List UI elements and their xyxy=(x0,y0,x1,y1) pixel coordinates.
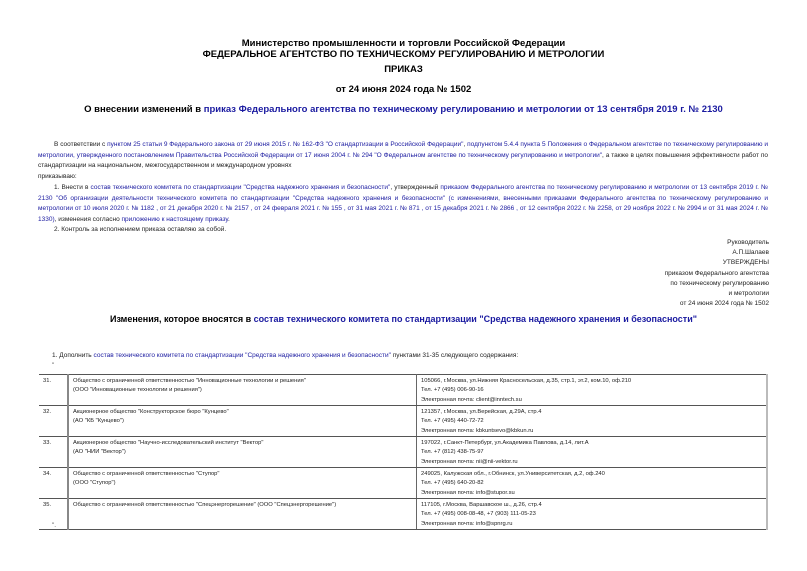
table-row: 34.Общество с ограниченной ответственнос… xyxy=(39,468,767,499)
doc-type: ПРИКАЗ xyxy=(0,64,807,75)
approved-date: от 24 июня 2024 года № 1502 xyxy=(665,299,769,309)
amended-order-link[interactable]: приказ Федерального агентства по техниче… xyxy=(204,104,723,115)
table-row: 32.Акционерное общество "Конструкторское… xyxy=(39,406,767,437)
org-short-name: (ООО "Инновационные технологии и решения… xyxy=(73,386,412,395)
organization-name: Акционерное общество "Конструкторское бю… xyxy=(68,406,417,437)
quote-close: ". xyxy=(52,522,56,529)
org-short-name: (АО "КБ "Кунцево") xyxy=(73,417,412,426)
point-text: пунктами 31-35 следующего содержания: xyxy=(391,352,518,359)
org-phone: Тел. +7 (495) 008-08-48, +7 (903) 111-05… xyxy=(421,510,762,519)
committee-composition-link[interactable]: состав технического комитета по стандарт… xyxy=(254,314,697,324)
org-full-name: Акционерное общество "Конструкторское бю… xyxy=(73,408,412,417)
organization-contacts: 197022, г.Санкт-Петербург, ул.Академика … xyxy=(417,437,768,468)
organization-name: Общество с ограниченной ответственностью… xyxy=(68,499,417,530)
org-email: Электронная почта: kbkuntsevo@kbkun.ru xyxy=(421,427,762,436)
table-row: 35.Общество с ограниченной ответственнос… xyxy=(39,499,767,530)
table-row: 31.Общество с ограниченной ответственнос… xyxy=(39,375,767,406)
org-short-name: (АО "НИИ "Вектор") xyxy=(73,448,412,457)
preamble: В соответствии с пунктом 25 статьи 9 Фед… xyxy=(38,140,768,182)
org-short-name: (ООО "Ступор") xyxy=(73,479,412,488)
org-full-name: Общество с ограниченной ответственностью… xyxy=(73,470,412,479)
organization-name: Общество с ограниченной ответственностью… xyxy=(68,468,417,499)
item-text: . xyxy=(228,216,230,223)
doc-title: О внесении изменений в приказ Федерально… xyxy=(0,104,807,115)
attachment-title-prefix: Изменения, которое вносятся в xyxy=(110,314,254,324)
org-phone: Тел. +7 (812) 438-75-97 xyxy=(421,448,762,457)
attachment-point-1: 1. Дополнить состав технического комитет… xyxy=(52,352,518,359)
item-1: 1. Внести в состав технического комитета… xyxy=(38,183,768,225)
item-text: , утвержденный xyxy=(390,184,440,191)
quote-open: " xyxy=(52,362,54,369)
organization-contacts: 121357, г.Москва, ул.Верейская, д.29А, с… xyxy=(417,406,768,437)
org-full-name: Общество с ограниченной ответственностью… xyxy=(73,377,412,386)
agency-name: ФЕДЕРАЛЬНОЕ АГЕНТСТВО ПО ТЕХНИЧЕСКОМУ РЕ… xyxy=(0,49,807,60)
organization-contacts: 105066, г.Москва, ул.Нижняя Красносельск… xyxy=(417,375,768,406)
signature-block: Руководитель А.П.Шалаев УТВЕРЖДЕНЫ прика… xyxy=(665,238,769,309)
point-text: 1. Дополнить xyxy=(52,352,94,359)
approved-label: УТВЕРЖДЕНЫ xyxy=(665,258,769,268)
title-prefix: О внесении изменений в xyxy=(84,104,204,115)
committee-composition-link-2[interactable]: состав технического комитета по стандарт… xyxy=(94,352,391,359)
signer-name: А.П.Шалаев xyxy=(665,248,769,258)
organization-name: Общество с ограниченной ответственностью… xyxy=(68,375,417,406)
org-phone: Тел. +7 (495) 640-20-82 xyxy=(421,479,762,488)
doc-date: от 24 июня 2024 года № 1502 xyxy=(0,84,807,95)
row-number: 31. xyxy=(39,375,68,406)
row-number: 34. xyxy=(39,468,68,499)
org-phone: Тел. +7 (495) 006-90-16 xyxy=(421,386,762,395)
attachment-title: Изменения, которое вносятся в состав тех… xyxy=(0,314,807,324)
item-2: 2. Контроль за исполнением приказа остав… xyxy=(38,225,768,236)
committee-link[interactable]: состав технического комитета по стандарт… xyxy=(91,184,391,191)
organizations-table: 31.Общество с ограниченной ответственнос… xyxy=(39,374,768,530)
org-address: 197022, г.Санкт-Петербург, ул.Академика … xyxy=(421,439,762,448)
row-number: 32. xyxy=(39,406,68,437)
approved-line: и метрологии xyxy=(665,289,769,299)
org-address: 121357, г.Москва, ул.Верейская, д.29А, с… xyxy=(421,408,762,417)
item-text: , изменения согласно xyxy=(55,216,122,223)
org-phone: Тел. +7 (495) 440-72-72 xyxy=(421,417,762,426)
org-email: Электронная почта: client@inntech.su xyxy=(421,396,762,405)
org-address: 105066, г.Москва, ул.Нижняя Красносельск… xyxy=(421,377,762,386)
organization-name: Акционерное общество "Научно-исследовате… xyxy=(68,437,417,468)
ministry-name: Министерство промышленности и торговли Р… xyxy=(0,38,807,49)
signer-position: Руководитель xyxy=(665,238,769,248)
table-row: 33.Акционерное общество "Научно-исследов… xyxy=(39,437,767,468)
organization-contacts: 249025, Калужская обл., г.Обнинск, ул.Ун… xyxy=(417,468,768,499)
order-items: 1. Внести в состав технического комитета… xyxy=(38,183,768,236)
preamble-text: В соответствии с xyxy=(54,141,107,148)
org-full-name: Акционерное общество "Научно-исследовате… xyxy=(73,439,412,448)
order-word: приказываю: xyxy=(38,172,768,183)
approved-line: по техническому регулированию xyxy=(665,279,769,289)
appendix-link[interactable]: приложению к настоящему приказу xyxy=(122,216,228,223)
document-header: Министерство промышленности и торговли Р… xyxy=(0,38,807,60)
org-email: Электронная почта: info@spnrg.ru xyxy=(421,520,762,529)
org-email: Электронная почта: info@stupor.su xyxy=(421,489,762,498)
item-text: 1. Внести в xyxy=(54,184,91,191)
org-address: 117105, г.Москва, Варшавское ш., д.26, с… xyxy=(421,501,762,510)
approved-line: приказом Федерального агентства xyxy=(665,269,769,279)
org-full-name: Общество с ограниченной ответственностью… xyxy=(73,501,412,510)
organization-contacts: 117105, г.Москва, Варшавское ш., д.26, с… xyxy=(417,499,768,530)
federal-law-link[interactable]: пунктом 25 статьи 9 Федерального закона … xyxy=(107,141,463,148)
org-email: Электронная почта: nii@nii-vektor.ru xyxy=(421,458,762,467)
row-number: 33. xyxy=(39,437,68,468)
org-address: 249025, Калужская обл., г.Обнинск, ул.Ун… xyxy=(421,470,762,479)
